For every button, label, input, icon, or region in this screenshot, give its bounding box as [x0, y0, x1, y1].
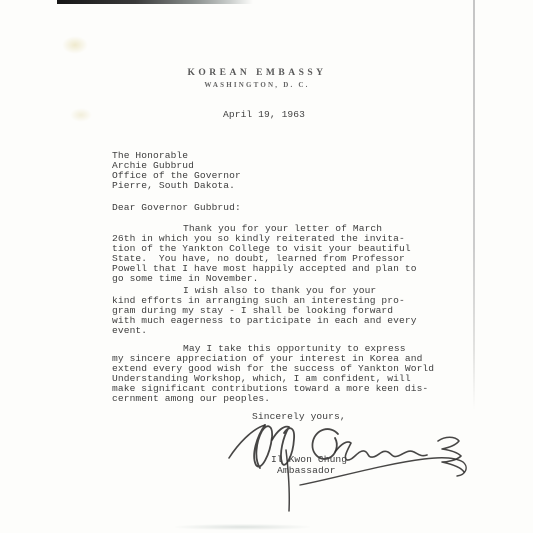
- date-line: April 19, 1963: [223, 110, 305, 120]
- signer-typed-name: Il Kwon Chung: [271, 455, 347, 465]
- letterhead-location: WASHINGTON, D. C.: [0, 81, 514, 89]
- recipient-block: The Honorable Archie Gubbrud Office of t…: [112, 151, 241, 191]
- body-paragraph-2: I wish also to thank you for your kind e…: [112, 286, 442, 336]
- recipient-city: Pierre, South Dakota.: [112, 180, 235, 191]
- paper-stain: [62, 36, 88, 54]
- letterhead: KOREAN EMBASSY WASHINGTON, D. C.: [0, 68, 514, 89]
- paper-smudge: [175, 524, 310, 530]
- paper-stain: [70, 108, 92, 122]
- letterhead-org: KOREAN EMBASSY: [0, 68, 514, 78]
- body-paragraph-3: May I take this opportunity to express m…: [112, 344, 442, 404]
- salutation: Dear Governor Gubbrud:: [112, 203, 241, 213]
- scanned-letter: KOREAN EMBASSY WASHINGTON, D. C. April 1…: [0, 0, 533, 533]
- paper-right-edge: [473, 0, 475, 410]
- signer-title: Ambassador: [277, 466, 336, 476]
- scan-edge-artifact: [57, 0, 253, 4]
- body-paragraph-1: Thank you for your letter of March 26th …: [112, 224, 442, 284]
- signature-autograph: [226, 412, 476, 520]
